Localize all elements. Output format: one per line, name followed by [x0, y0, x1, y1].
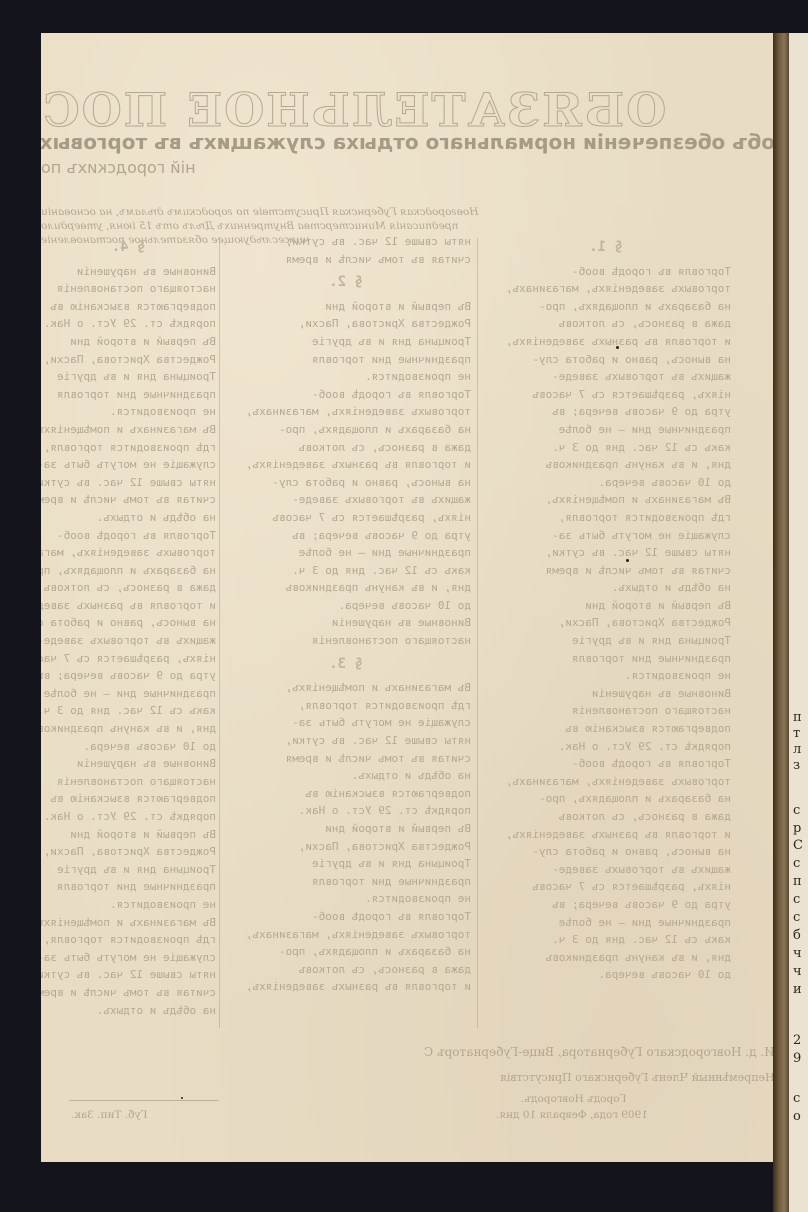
column-line: Въ первый и второй дни: [41, 826, 216, 844]
column-line: Троицына дня и въ другіе: [221, 333, 471, 351]
column-line: подвергаются взысканію въ: [221, 785, 471, 803]
document-page: ОБЯЗАТЕЛЬНОЕ ПОС объ обезпеченіи нормаль…: [41, 33, 775, 1162]
column-line: праздничные дни — не болѣе: [221, 544, 471, 562]
adjacent-char: л: [793, 742, 801, 757]
column-line: до 10 часовъ вечера.: [481, 474, 731, 492]
adjacent-char: с: [793, 1091, 800, 1106]
column-line: служащіе не могутъ быть за-: [481, 527, 731, 545]
column-line: Торговля въ городѣ вооб-: [481, 755, 731, 773]
column-line: порядкѣ ст. 29 Уст. о Нак.: [481, 738, 731, 756]
column-line: считая въ томъ числѣ и время: [221, 251, 471, 269]
column-line: считая въ томъ числѣ и время: [41, 491, 216, 509]
mirrored-printer-mark: Губ. Тип. Зак.: [71, 1109, 148, 1121]
column-line: Торговля въ городѣ вооб-: [41, 527, 216, 545]
column-line: Въ первый и второй дни: [481, 597, 731, 615]
adjacent-char: о: [793, 1109, 801, 1124]
column-line: Въ магазинахъ и помѣщеніяхъ,: [221, 679, 471, 697]
adjacent-char: п: [793, 874, 802, 889]
column-line: настоящаго постановленія: [41, 280, 216, 298]
column-line: и торговля въ разныхъ заведеніяхъ,: [221, 456, 471, 474]
column-line: настоящаго постановленія: [41, 773, 216, 791]
column-line: служащіе не могутъ быть за-: [41, 949, 216, 967]
column-line: настоящаго постановленія: [481, 702, 731, 720]
column-line: няты свыше 12 час. въ сутки,: [221, 233, 471, 251]
column-line: Рождества Христова, Пасхи,: [41, 843, 216, 861]
column-line: считая въ томъ числѣ и время: [481, 562, 731, 580]
column-line: до 10 часовъ вечера.: [221, 597, 471, 615]
adjacent-char: с: [793, 856, 800, 871]
section-label: § 4.: [41, 239, 216, 257]
column-line: утра до 9 часовъ вечера; въ: [481, 896, 731, 914]
column-line: ніяхъ, разрѣшается съ 7 часовъ: [481, 386, 731, 404]
book-spine: [773, 33, 789, 1212]
column-line: Въ первый и второй дни: [41, 333, 216, 351]
adjacent-char: 9: [793, 1051, 801, 1066]
column-line: какъ съ 12 час. дня до 3 ч.: [221, 562, 471, 580]
column-line: дня, и въ канунъ праздниковъ: [41, 720, 216, 738]
adjacent-char: с: [793, 892, 800, 907]
column-line: не производится.: [221, 890, 471, 908]
column-line: считая въ томъ числѣ и время: [221, 750, 471, 768]
column-line: на обѣдъ и отдыхъ.: [481, 579, 731, 597]
column-line: порядкѣ ст. 29 Уст. о Нак.: [41, 315, 216, 333]
column-line: дня, и въ канунъ праздниковъ: [221, 579, 471, 597]
column-divider: [219, 238, 220, 1028]
column-line: Троицына дня и въ другіе: [221, 855, 471, 873]
paper-speck: [181, 1097, 183, 1099]
column-line: праздничные дни торговля: [481, 650, 731, 668]
column-divider: [477, 238, 478, 1028]
mirrored-subheading-continued: ній городскихъ по: [41, 158, 775, 177]
column-line: на базарахъ и площадяхъ, про-: [41, 562, 216, 580]
column-line: какъ съ 12 час. дня до 3 ч.: [481, 931, 731, 949]
adjacent-char: 2: [793, 1033, 801, 1048]
column-line: дажа в разносъ, съ лотковъ: [481, 808, 731, 826]
intro-line: предписанія Министерства Внутреннихъ Дѣл…: [41, 219, 775, 233]
column-line: Торговля въ городѣ вооб-: [221, 908, 471, 926]
mirrored-subheading: объ обезпеченіи нормальнаго отдыха служа…: [41, 130, 775, 154]
column-line: жащихъ въ торговыхъ заведе-: [221, 491, 471, 509]
column-line: праздничные дни торговля: [41, 878, 216, 896]
column-line: какъ съ 12 час. дня до 3 ч.: [41, 702, 216, 720]
section-label: § 1.: [481, 239, 731, 257]
column-line: на обѣдъ и отдыхъ.: [41, 509, 216, 527]
mirrored-column-right: § 4. Виновные въ нарушеніи настоящаго по…: [41, 233, 216, 1019]
column-line: на выносъ, равно и работа слу-: [221, 474, 471, 492]
mirrored-date: 1909 года, Февраля 10 дня.: [496, 1109, 648, 1121]
column-line: на выносъ, равно и работа слу-: [481, 351, 731, 369]
adjacent-char: ч: [793, 964, 802, 979]
column-line: не производится.: [481, 667, 731, 685]
column-line: Троицына дня и въ другіе: [481, 632, 731, 650]
column-line: на выносъ, равно и работа слу-: [481, 843, 731, 861]
column-line: на обѣдъ и отдыхъ.: [221, 767, 471, 785]
column-line: утра до 9 часовъ вечера; въ: [221, 527, 471, 545]
column-line: считая въ томъ числѣ и время: [41, 984, 216, 1002]
column-line: жащихъ въ торговыхъ заведе-: [481, 368, 731, 386]
adjacent-char: и: [793, 982, 802, 997]
column-line: и торговля въ разныхъ заведеніяхъ,: [481, 333, 731, 351]
adjacent-char: р: [793, 821, 801, 836]
column-line: дажа в разносъ, съ лотковъ: [221, 961, 471, 979]
mirrored-signature-2: Непремѣнный Членъ Губернскаго Присутстві…: [500, 1071, 775, 1084]
footer-rule: [69, 1100, 219, 1101]
section-label: § 3.: [221, 656, 471, 674]
column-line: Торговля въ городѣ вооб-: [481, 263, 731, 281]
column-line: няты свыше 12 час. въ сутки,: [221, 732, 471, 750]
column-line: до 10 часовъ вечера.: [41, 738, 216, 756]
column-line: служащіе не могутъ быть за-: [221, 714, 471, 732]
column-line: и торговля въ разныхъ заведеніяхъ,: [41, 597, 216, 615]
column-line: Рождества Христова, Пасхи,: [41, 351, 216, 369]
column-line: на базарахъ и площадяхъ, про-: [481, 790, 731, 808]
column-line: торговыхъ заведеніяхъ, магазинахъ,: [481, 280, 731, 298]
column-line: на базарахъ и площадяхъ, про-: [481, 298, 731, 316]
column-line: и торговля въ разныхъ заведеніяхъ,: [221, 978, 471, 996]
column-line: Въ магазинахъ и помѣщеніяхъ,: [41, 421, 216, 439]
paper-speck: [616, 346, 619, 349]
column-line: порядкѣ ст. 29 Уст. о Нак.: [221, 802, 471, 820]
adjacent-char: С: [793, 838, 803, 853]
column-line: Троицына дня и въ другіе: [41, 861, 216, 879]
column-line: дня, и въ канунъ праздниковъ: [481, 456, 731, 474]
intro-line: Новгородская Губернская Присутствіе по г…: [41, 205, 775, 219]
column-line: ніяхъ, разрѣшается съ 7 часовъ: [41, 650, 216, 668]
column-line: не производится.: [41, 403, 216, 421]
column-line: ніяхъ, разрѣшается съ 7 часовъ: [221, 509, 471, 527]
column-line: подвергаются взысканію въ: [481, 720, 731, 738]
column-line: какъ съ 12 час. дня до 3 ч.: [481, 439, 731, 457]
column-line: няты свыше 12 час. въ сутки,: [41, 966, 216, 984]
column-line: няты свыше 12 час. въ сутки,: [481, 544, 731, 562]
column-line: няты свыше 12 час. въ сутки,: [41, 474, 216, 492]
mirrored-column-middle: няты свыше 12 час. въ сутки, считая въ т…: [221, 233, 471, 996]
column-line: Торговля въ городѣ вооб-: [221, 386, 471, 404]
column-line: до 10 часовъ вечера.: [481, 966, 731, 984]
column-line: Въ магазинахъ и помѣщеніяхъ,: [481, 491, 731, 509]
column-line: Въ первый и второй дни: [221, 298, 471, 316]
paper-speck: [626, 559, 629, 562]
column-line: праздничные дни торговля: [221, 351, 471, 369]
column-line: праздничные дни торговля: [221, 873, 471, 891]
column-line: торговыхъ заведеніяхъ, магазинахъ,: [481, 773, 731, 791]
column-line: Въ магазинахъ и помѣщеніяхъ,: [41, 914, 216, 932]
column-line: гдѣ производится торговля,: [41, 439, 216, 457]
column-line: утра до 9 часовъ вечера; въ: [41, 667, 216, 685]
section-label: § 2.: [221, 274, 471, 292]
column-line: жащихъ въ торговыхъ заведе-: [41, 632, 216, 650]
adjacent-char: т: [793, 726, 800, 741]
column-line: праздничные дни — не болѣе: [481, 421, 731, 439]
column-line: ніяхъ, разрѣшается съ 7 часовъ: [481, 878, 731, 896]
column-line: Виновные въ нарушеніи: [221, 614, 471, 632]
column-line: на обѣдъ и отдыхъ.: [41, 1002, 216, 1020]
column-line: утра до 9 часовъ вечера; въ: [481, 403, 731, 421]
column-line: и торговля въ разныхъ заведеніяхъ,: [481, 826, 731, 844]
column-line: дажа в разносъ, съ лотковъ: [221, 439, 471, 457]
mirrored-place: Городъ Новгородъ.: [521, 1093, 627, 1105]
column-line: праздничные дни — не болѣе: [41, 685, 216, 703]
column-line: настоящаго постановленія: [221, 632, 471, 650]
column-line: праздничные дни — не болѣе: [481, 914, 731, 932]
column-line: торговыхъ заведеніяхъ, магазинахъ,: [221, 926, 471, 944]
column-line: Виновные въ нарушеніи: [481, 685, 731, 703]
column-line: подвергаются взысканію въ: [41, 298, 216, 316]
column-line: Виновные въ нарушеніи: [41, 755, 216, 773]
column-line: праздничные дни торговля: [41, 386, 216, 404]
column-line: Рождества Христова, Пасхи,: [481, 614, 731, 632]
adjacent-char: ч: [793, 946, 802, 961]
column-line: не производится.: [41, 896, 216, 914]
column-line: на базарахъ и площадяхъ, про-: [221, 421, 471, 439]
column-line: Въ первый и второй дни: [221, 820, 471, 838]
adjacent-char: с: [793, 803, 800, 818]
adjacent-char: з: [793, 758, 800, 773]
column-line: Рождества Христова, Пасхи,: [221, 838, 471, 856]
column-line: Рождества Христова, Пасхи,: [221, 315, 471, 333]
column-line: подвергаются взысканію въ: [41, 790, 216, 808]
column-line: торговыхъ заведеніяхъ, магазинахъ,: [221, 403, 471, 421]
column-line: не производится.: [221, 368, 471, 386]
adjacent-char: б: [793, 928, 801, 943]
column-line: на базарахъ и площадяхъ, про-: [221, 943, 471, 961]
column-line: на выносъ, равно и работа слу-: [41, 614, 216, 632]
column-line: дажа в разносъ, съ лотковъ: [481, 315, 731, 333]
column-line: гдѣ производится торговля,: [481, 509, 731, 527]
adjacent-char: с: [793, 910, 800, 925]
column-line: порядкѣ ст. 29 Уст. о Нак.: [41, 808, 216, 826]
column-line: дажа в разносъ, съ лотковъ: [41, 579, 216, 597]
column-line: дня, и въ канунъ праздниковъ: [481, 949, 731, 967]
column-line: жащихъ въ торговыхъ заведе-: [481, 861, 731, 879]
column-line: Троицына дня и въ другіе: [41, 368, 216, 386]
column-line: служащіе не могутъ быть за-: [41, 456, 216, 474]
mirrored-heading: ОБЯЗАТЕЛЬНОЕ ПОС: [41, 83, 775, 137]
column-line: Виновные въ нарушеніи: [41, 263, 216, 281]
column-line: гдѣ производится торговля,: [221, 697, 471, 715]
mirrored-column-left: § 1. Торговля въ городѣ вооб- торговыхъ …: [481, 233, 731, 984]
column-line: торговыхъ заведеніяхъ, магазинахъ,: [41, 544, 216, 562]
column-line: гдѣ производится торговля,: [41, 931, 216, 949]
adjacent-char: п: [793, 710, 802, 725]
adjacent-page-edge: п т л з с р С с п с с б ч ч и 2 9 с о: [789, 33, 808, 1212]
mirrored-signature-1: И. д. Новгородскаго Губернатора, Вице-Гу…: [424, 1045, 775, 1059]
